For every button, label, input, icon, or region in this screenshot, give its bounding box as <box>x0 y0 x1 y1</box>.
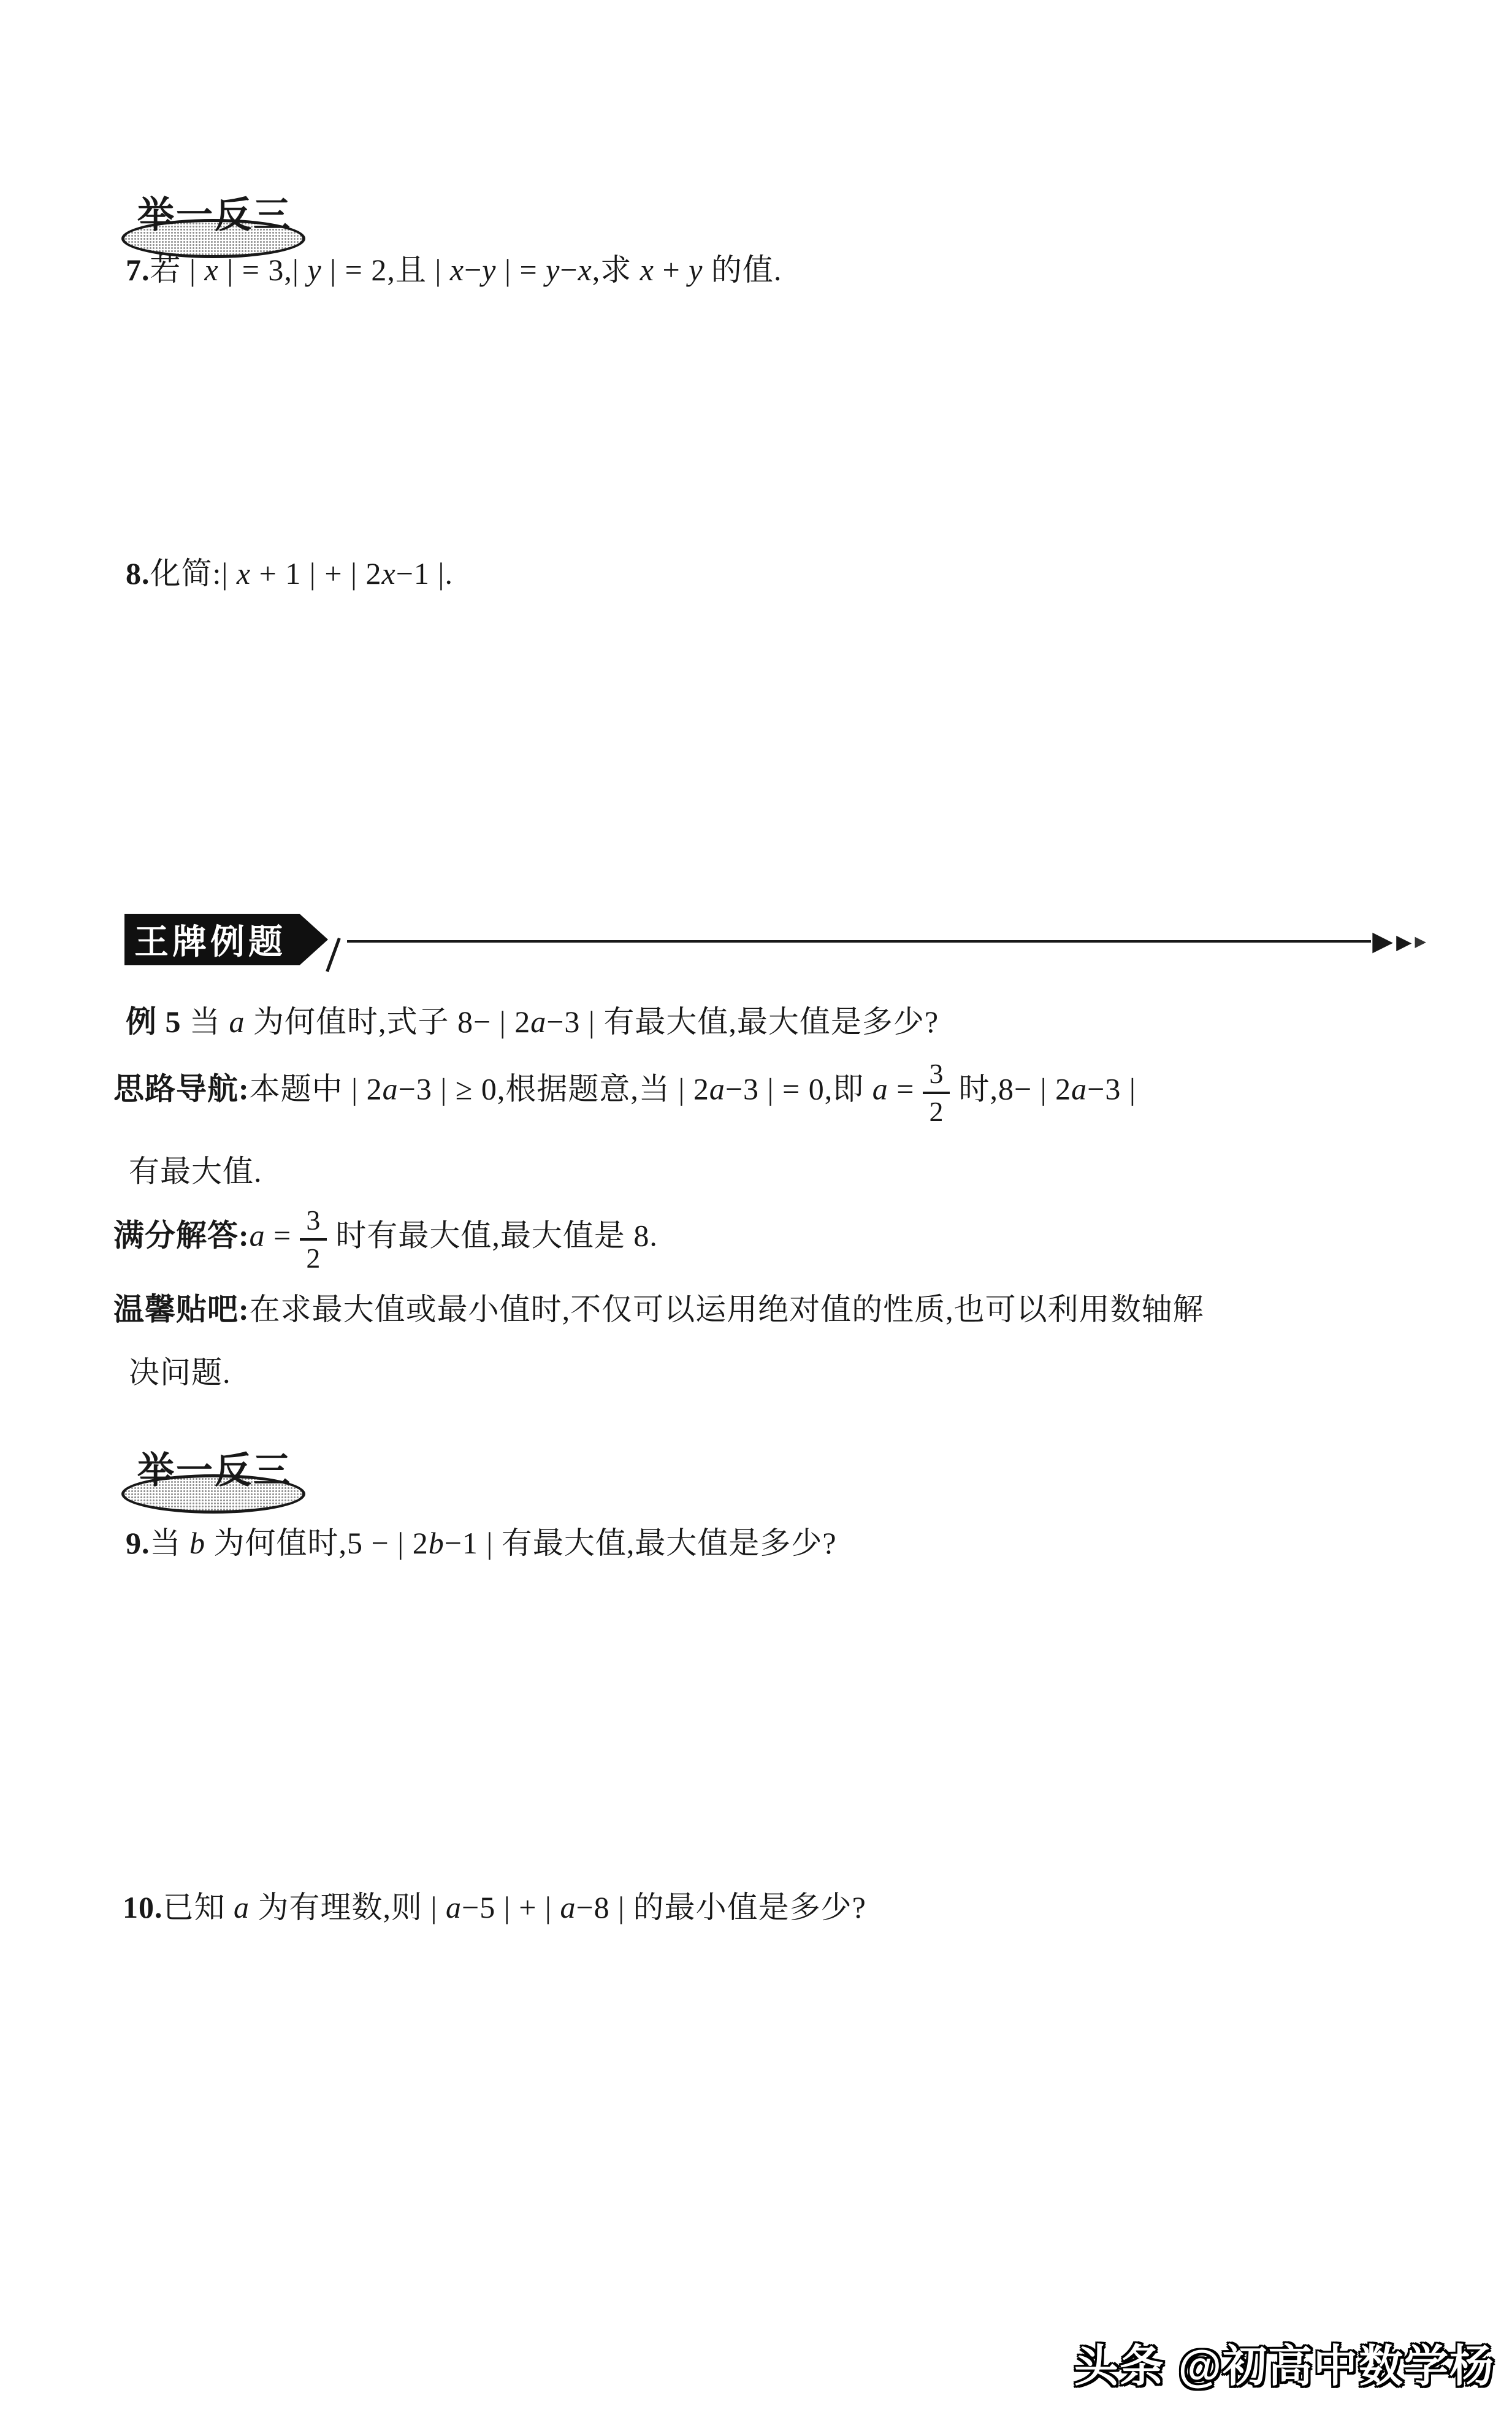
text-run: y <box>689 253 703 287</box>
triangle-arrow-icon: ▶ <box>1396 932 1411 952</box>
text-run: a <box>709 1071 725 1106</box>
text-run: y <box>307 253 321 287</box>
text-run: a <box>530 1005 546 1039</box>
text-run: | = <box>496 253 546 287</box>
text-run: 为何值时,式子 8− | 2 <box>245 1005 531 1039</box>
text-run: a <box>560 1890 576 1924</box>
text-run: 为何值时,5 − | 2 <box>205 1526 429 1560</box>
question-7: 7.若 | x | = 3,| y | = 2,且 | x−y | = y−x,… <box>126 251 782 288</box>
text-run: x <box>382 556 396 591</box>
text-run: −1 |. <box>396 556 453 591</box>
text-run: a <box>446 1890 462 1924</box>
text-run: 思路导航: <box>113 1071 250 1106</box>
text-run: −3 | <box>1087 1071 1136 1106</box>
text-run: 9. <box>126 1526 150 1560</box>
text-run: 为有理数,则 | <box>250 1890 446 1924</box>
text-run: x <box>450 253 464 287</box>
text-run: −3 | ≥ 0,根据题意,当 | 2 <box>399 1071 709 1106</box>
text-run: 7. <box>126 253 150 287</box>
text-run: 例 5 <box>126 1005 181 1039</box>
text-run: + <box>654 253 689 287</box>
text-run: a <box>250 1218 265 1252</box>
text-run: ,求 <box>592 253 640 287</box>
text-run: 温馨贴吧: <box>113 1292 250 1327</box>
text-run: 若 | <box>150 253 205 287</box>
triangle-arrow-icon: ▶ <box>1415 934 1426 949</box>
text-run: = <box>265 1218 292 1252</box>
text-run: 8. <box>126 556 150 591</box>
text-run: 决问题. <box>129 1355 231 1390</box>
text-run: 已知 <box>163 1890 234 1924</box>
text-run: −3 | 有最大值,最大值是多少? <box>546 1005 939 1039</box>
text-run: 10. <box>123 1890 163 1924</box>
text-run: − <box>464 253 482 287</box>
text-run: a <box>872 1071 888 1106</box>
example-5-statement: 例 5 当 a 为何值时,式子 8− | 2a−3 | 有最大值,最大值是多少? <box>126 1003 939 1040</box>
text-run: 当 <box>181 1005 229 1039</box>
text-run: | = 2,且 | <box>322 253 450 287</box>
badge-practice-1-label: 举一反三 <box>137 186 292 239</box>
text-run: −8 | 的最小值是多少? <box>576 1890 866 1924</box>
badge-practice-2-label: 举一反三 <box>137 1441 292 1494</box>
text-run: a <box>229 1005 245 1039</box>
text-run: y <box>546 253 560 287</box>
question-8: 8.化简:| x + 1 | + | 2x−1 |. <box>126 555 453 592</box>
text-run: 时有最大值,最大值是 8. <box>335 1218 658 1252</box>
text-run: −5 | + | <box>462 1890 560 1924</box>
badge-example-label: 王牌例题 <box>134 915 286 964</box>
text-run: x <box>237 556 251 591</box>
fraction: 32 <box>300 1205 327 1273</box>
text-run: x <box>205 253 219 287</box>
triangle-arrow-icon: ▶ <box>1372 928 1393 955</box>
text-run: x <box>578 253 592 287</box>
text-run: 时,8− | 2 <box>958 1071 1071 1106</box>
text-run: | = 3,| <box>219 253 308 287</box>
badge-slash-decoration <box>326 938 341 972</box>
text-run: 在求最大值或最小值时,不仅可以运用绝对值的性质,也可以利用数轴解 <box>250 1292 1204 1327</box>
answer-line: 满分解答:a =32时有最大值,最大值是 8. <box>113 1205 658 1273</box>
text-run: 本题中 | 2 <box>250 1071 383 1106</box>
text-run: 满分解答: <box>113 1218 250 1252</box>
watermark: 头条 @初高中数学杨 <box>1074 2330 1495 2394</box>
text-run: a <box>234 1890 250 1924</box>
text-run: 有最大值. <box>129 1154 262 1189</box>
worksheet-page: 举一反三 7.若 | x | = 3,| y | = 2,且 | x−y | =… <box>0 0 1512 2412</box>
text-run: b <box>189 1526 205 1560</box>
text-run: 的值. <box>703 253 782 287</box>
question-10: 10.已知 a 为有理数,则 | a−5 | + | a−8 | 的最小值是多少… <box>123 1889 866 1926</box>
text-run: + 1 | + | 2 <box>251 556 381 591</box>
guide-continuation: 有最大值. <box>129 1153 262 1190</box>
guide-line: 思路导航:本题中 | 2a−3 | ≥ 0,根据题意,当 | 2a−3 | = … <box>113 1059 1136 1126</box>
text-run: −1 | 有最大值,最大值是多少? <box>445 1526 837 1560</box>
text-run: a <box>383 1071 399 1106</box>
example-divider: ▶ ▶ ▶ <box>347 927 1426 955</box>
text-run: = <box>888 1071 915 1106</box>
text-run: −3 | = 0,即 <box>725 1071 872 1106</box>
text-run: b <box>429 1526 445 1560</box>
text-run: 化简:| <box>150 556 237 591</box>
badge-practice-2: 举一反三 <box>123 1441 313 1527</box>
text-run: y <box>482 253 496 287</box>
text-run: − <box>560 253 578 287</box>
fraction: 32 <box>923 1059 950 1126</box>
text-run: x <box>640 253 654 287</box>
badge-example: 王牌例题 <box>124 914 328 965</box>
question-9: 9.当 b 为何值时,5 − | 2b−1 | 有最大值,最大值是多少? <box>126 1525 837 1561</box>
divider-line <box>347 940 1371 943</box>
text-run: 当 <box>150 1526 190 1560</box>
tip-line-2: 决问题. <box>129 1354 231 1391</box>
tip-line-1: 温馨贴吧:在求最大值或最小值时,不仅可以运用绝对值的性质,也可以利用数轴解 <box>113 1291 1204 1328</box>
text-run: a <box>1071 1071 1087 1106</box>
